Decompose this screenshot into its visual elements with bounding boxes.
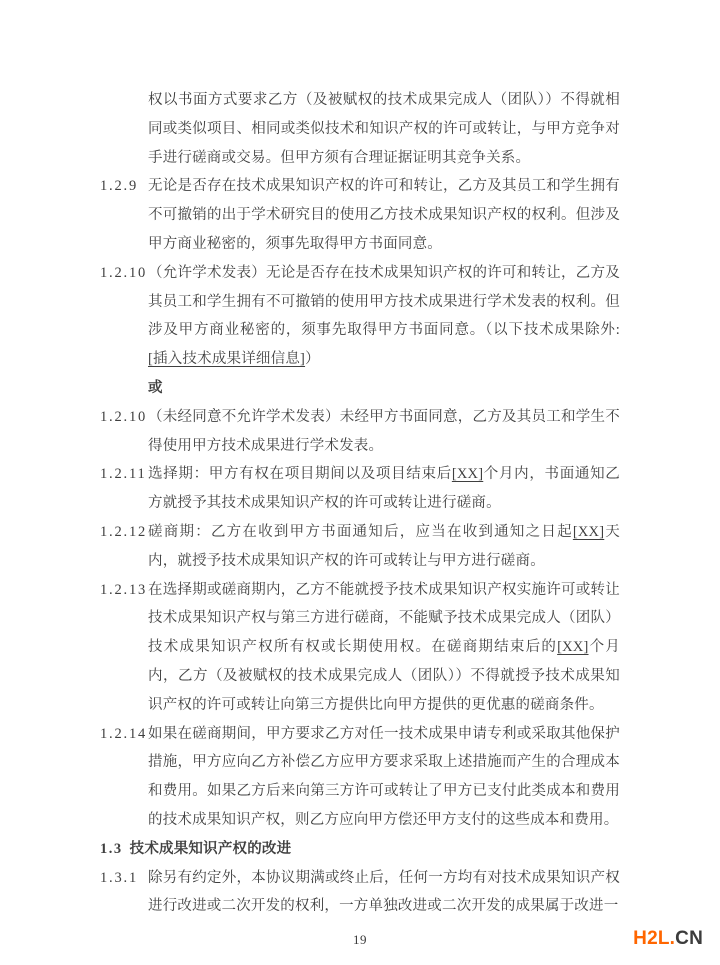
- section-number: 1.3: [100, 841, 123, 857]
- clause-text: 权以书面方式要求乙方（及被赋权的技术成果完成人（团队））不得就相同或类似项目、相…: [148, 92, 620, 166]
- clause-number: 1.2.12: [100, 518, 147, 547]
- clause-text: ）: [305, 351, 320, 367]
- clause-text: 如果在磋商期间，甲方要求乙方对任一技术成果申请专利或采取其他保护措施，甲方应向乙…: [148, 726, 620, 828]
- clause-continuation: 权以书面方式要求乙方（及被赋权的技术成果完成人（团队））不得就相同或类似项目、相…: [100, 86, 620, 172]
- placeholder-insert-achievement-detail: [插入技术成果详细信息]: [148, 351, 305, 367]
- or-separator: 或: [100, 374, 620, 403]
- clause-1-2-11-option-period: 1.2.11选择期：甲方有权在项目期间以及项目结束后[XX]个月内，书面通知乙方…: [100, 460, 620, 518]
- clause-text: （未经同意不允许学术发表）未经甲方书面同意，乙方及其员工和学生不得使用甲方技术成…: [148, 409, 620, 454]
- clause-1-2-10-disallow-publication: 1.2.10（未经同意不允许学术发表）未经甲方书面同意，乙方及其员工和学生不得使…: [100, 403, 620, 461]
- section-title: 技术成果知识产权的改进: [130, 841, 292, 857]
- clause-number: 1.2.10: [100, 403, 147, 432]
- clause-1-2-12-negotiation-period: 1.2.12磋商期：乙方在收到甲方书面通知后，应当在收到通知之日起[XX]天内，…: [100, 518, 620, 576]
- placeholder-xx-months: [XX]: [557, 639, 588, 655]
- clause-text: 磋商期：乙方在收到甲方书面通知后，应当在收到通知之日起: [148, 524, 573, 540]
- page-number: 19: [0, 932, 720, 948]
- clause-number: 1.2.14: [100, 720, 147, 749]
- clause-number: 1.3.1: [100, 864, 138, 893]
- clause-1-2-10-allow-publication: 1.2.10（允许学术发表）无论是否存在技术成果知识产权的许可和转让，乙方及其员…: [100, 259, 620, 374]
- placeholder-xx-months: [XX]: [452, 466, 483, 482]
- watermark-primary: H2L.: [633, 928, 675, 949]
- clause-1-2-14: 1.2.14如果在磋商期间，甲方要求乙方对任一技术成果申请专利或采取其他保护措施…: [100, 720, 620, 835]
- clause-text: 选择期：甲方有权在项目期间以及项目结束后: [148, 466, 452, 482]
- clause-text: 在选择期或磋商期内，乙方不能就授予技术成果知识产权实施许可或转让技术成果知识产权…: [148, 582, 620, 656]
- clause-number: 1.2.11: [100, 460, 147, 489]
- clause-number: 1.2.10: [100, 259, 147, 288]
- clause-text: 无论是否存在技术成果知识产权的许可和转让，乙方及其员工和学生拥有不可撤销的出于学…: [148, 178, 620, 252]
- clause-number: 1.2.13: [100, 576, 147, 605]
- clause-1-2-9: 1.2.9无论是否存在技术成果知识产权的许可和转让，乙方及其员工和学生拥有不可撤…: [100, 172, 620, 258]
- watermark-logo: H2L.CN: [633, 928, 703, 950]
- section-heading-1-3: 1.3技术成果知识产权的改进: [100, 835, 620, 864]
- contract-text-block: 权以书面方式要求乙方（及被赋权的技术成果完成人（团队））不得就相同或类似项目、相…: [100, 86, 620, 921]
- clause-text: （允许学术发表）无论是否存在技术成果知识产权的许可和转让，乙方及其员工和学生拥有…: [148, 265, 620, 339]
- clause-1-3-1: 1.3.1除另有约定外，本协议期满或终止后，任何一方均有对技术成果知识产权进行改…: [100, 864, 620, 922]
- document-page: 权以书面方式要求乙方（及被赋权的技术成果完成人（团队））不得就相同或类似项目、相…: [0, 0, 720, 965]
- clause-number: 1.2.9: [100, 172, 138, 201]
- watermark-secondary: CN: [675, 928, 703, 949]
- clause-1-2-13: 1.2.13在选择期或磋商期内，乙方不能就授予技术成果知识产权实施许可或转让技术…: [100, 576, 620, 720]
- placeholder-xx-days: [XX]: [573, 524, 604, 540]
- clause-text: 除另有约定外，本协议期满或终止后，任何一方均有对技术成果知识产权进行改进或二次开…: [148, 870, 620, 915]
